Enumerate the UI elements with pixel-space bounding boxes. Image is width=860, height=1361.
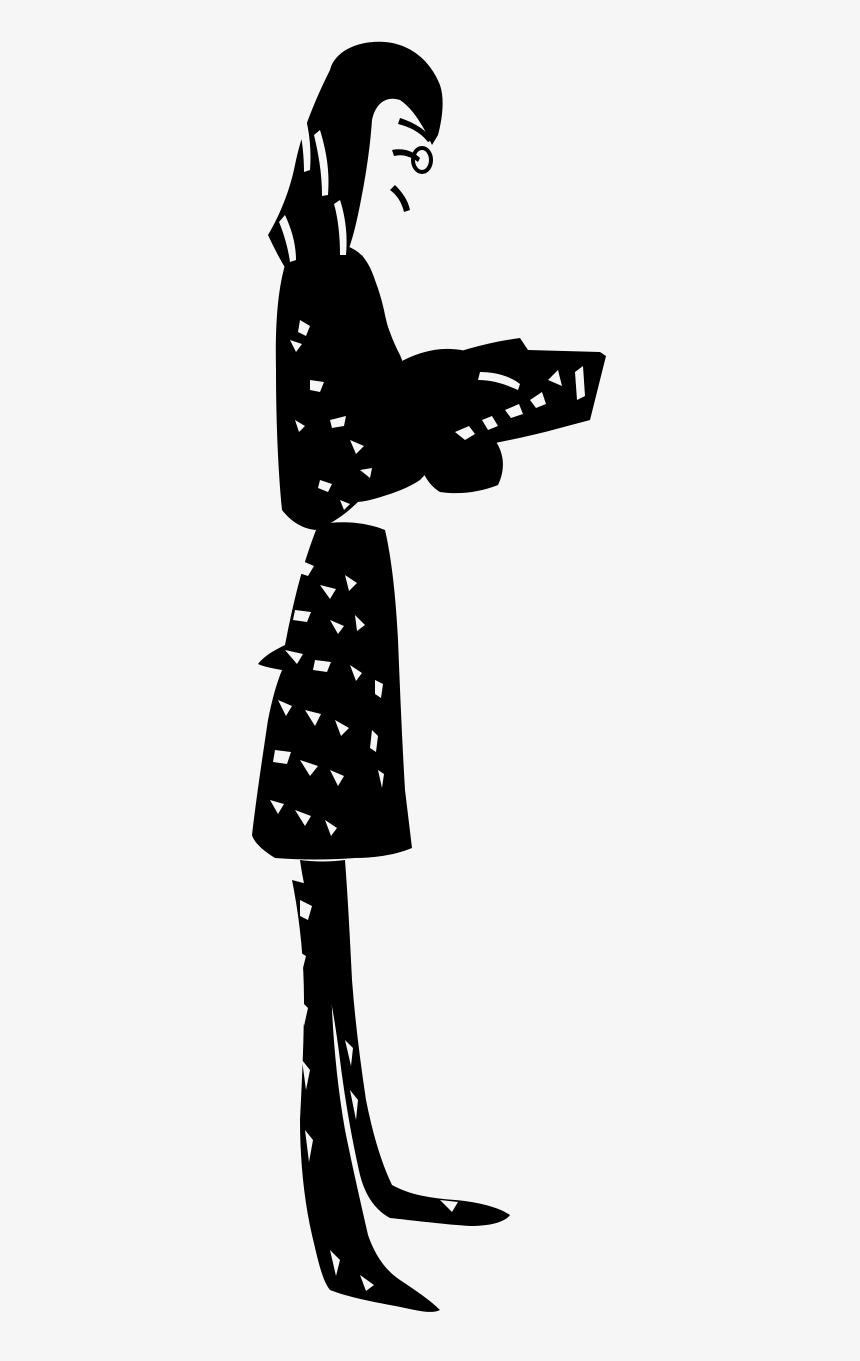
illustration-canvas: Black and white silhouette illustration …: [0, 0, 860, 1361]
figure-silhouette: [252, 42, 606, 1312]
reading-man-illustration: [0, 0, 860, 1361]
front-leg: [292, 880, 440, 1312]
